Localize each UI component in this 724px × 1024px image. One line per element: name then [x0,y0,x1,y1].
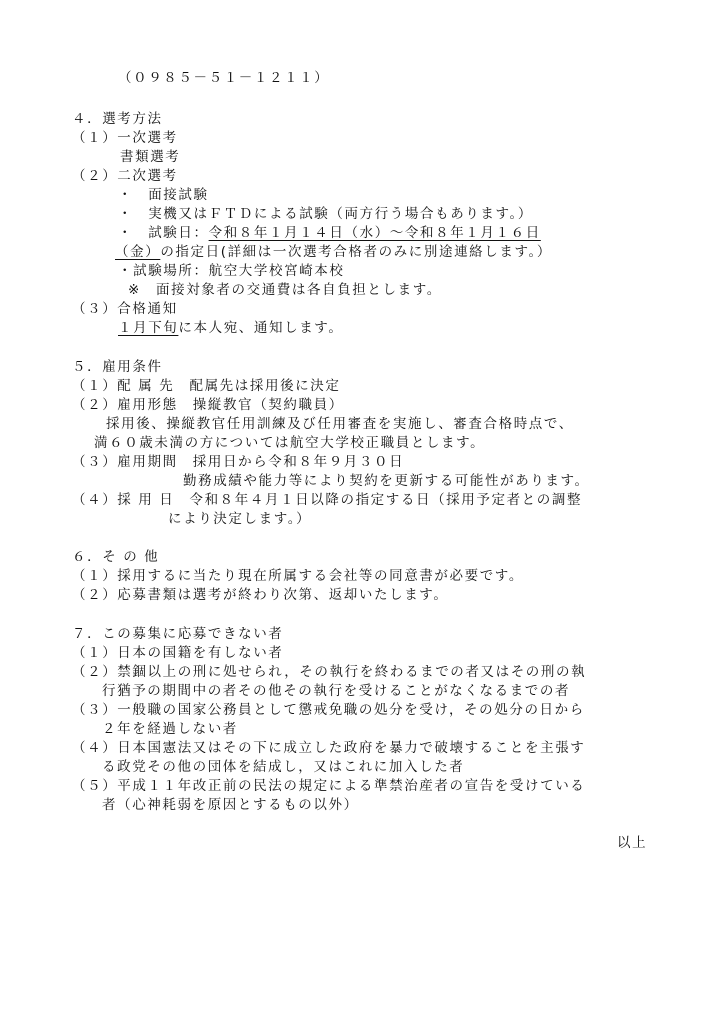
section-4-item-2: （２）二次選考 [72,167,178,185]
section-5-item-4: （４）採 用 日 令和８年４月１日以降の指定する日（採用予定者との調整 [72,491,582,509]
section-4-travel-note: ※ 面接対象者の交通費は各自負担とします。 [128,281,442,299]
section-4-item-1-detail: 書類選考 [120,148,180,166]
notification-date: １月下旬 [118,320,178,336]
section-4-item-3: （３）合格通知 [72,300,178,318]
section-5-item-4-cont: により決定します。） [168,510,311,528]
notification-text: に本人宛、通知します。 [178,320,343,336]
section-6-item-1: （１）採用するに当たり現在所属する会社等の同意書が必要です。 [72,567,524,585]
section-7-item-1: （１）日本の国籍を有しない者 [72,644,283,662]
section-4-heading: ４．選考方法 [72,110,163,128]
section-4-notification: １月下旬に本人宛、通知します。 [118,319,343,337]
section-7-item-3-cont: ２年を経過しない者 [102,720,238,738]
section-4-interview: ・ 面接試験 [118,186,209,204]
section-6-heading: ６．そ の 他 [72,548,159,566]
section-7-heading: ７．この募集に応募できない者 [72,625,283,643]
section-7-item-4-cont: る政党その他の団体を結成し，又はこれに加入した者 [102,758,464,776]
phone-number: （０９８５－５１－１２１１） [118,69,329,87]
section-5-heading: ５．雇用条件 [72,358,163,376]
test-date-range: 令和８年１月１４日（水）～令和８年１月１６日 [209,225,541,241]
section-7-item-5-cont: 者（心神耗弱を原因とするもの以外） [102,796,359,814]
section-5-item-1: （１）配 属 先 配属先は採用後に決定 [72,377,340,395]
section-4-test-date-cont: （金）の指定日(詳細は一次選考合格者のみに別途連絡します。） [115,243,552,261]
section-4-item-1: （１）一次選考 [72,129,178,147]
section-7-item-2-cont: 行猶予の期間中の者その他その執行を受けることがなくなるまでの者 [102,682,570,700]
section-5-item-2: （２）雇用形態 操縦教官（契約職員） [72,396,344,414]
closing-mark: 以上 [617,834,647,852]
section-5-item-3: （３）雇用期間 採用日から令和８年９月３０日 [72,453,404,471]
section-7-item-4: （４）日本国憲法又はその下に成立した政府を暴力で破壊することを主張す [72,739,585,757]
section-7-item-5: （５）平成１１年改正前の民法の規定による準禁治産者の宣告を受けている [72,777,585,795]
section-6-item-2: （２）応募書類は選考が終わり次第、返却いたします。 [72,586,448,604]
section-4-test-date: ・ 試験日：令和８年１月１４日（水）～令和８年１月１６日 [118,224,541,242]
section-7-item-3: （３）一般職の国家公務員として懲戒免職の処分を受け，その処分の日から [72,701,585,719]
section-4-test-location: ・試験場所：航空大学校宮崎本校 [118,262,345,280]
test-date-note: の指定日(詳細は一次選考合格者のみに別途連絡します。） [160,244,552,260]
section-5-item-2-detail: 採用後、操縦教官任用訓練及び任用審査を実施し、審査合格時点で、 [106,415,574,433]
section-5-item-2-detail-cont: 満６０歳未満の方については航空大学校正職員とします。 [94,434,485,452]
section-5-item-3-detail: 勤務成績や能力等により契約を更新する可能性があります。 [183,472,590,490]
section-4-practical-test: ・ 実機又はＦＴＤによる試験（両方行う場合もあります。） [118,205,533,223]
test-date-label: ・ 試験日： [118,225,209,241]
section-7-item-2: （２）禁錮以上の刑に処せられ，その執行を終わるまでの者又はその刑の執 [72,663,586,681]
test-date-weekday: （金） [115,244,160,260]
